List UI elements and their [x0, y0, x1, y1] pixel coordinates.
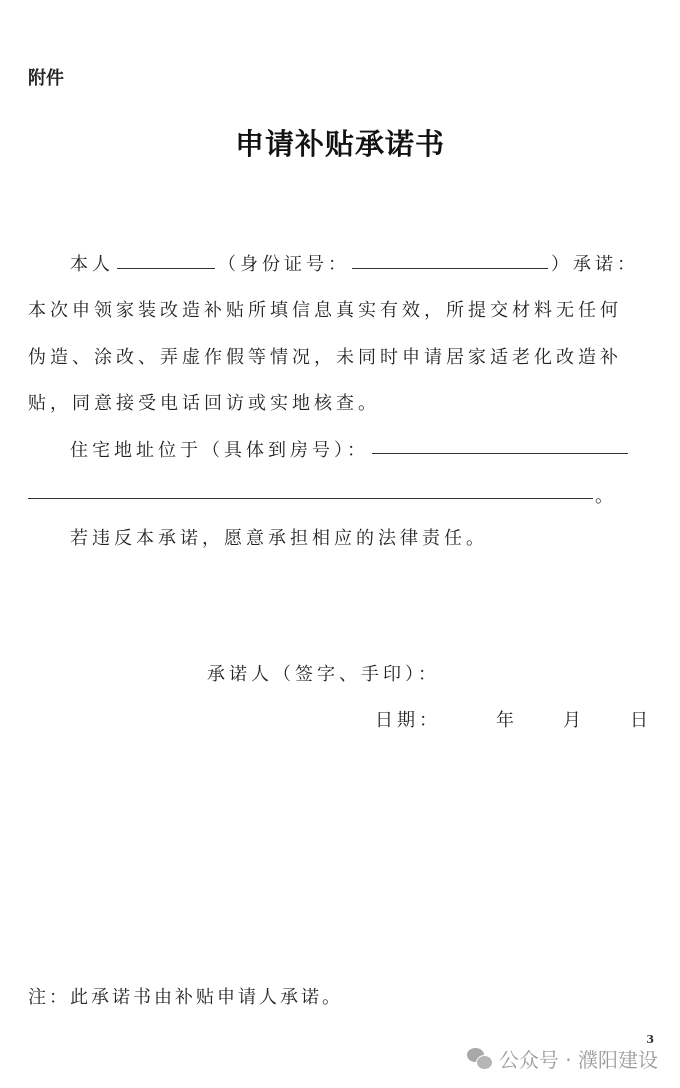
watermark: 公众号 · 濮阳建设: [467, 1044, 658, 1073]
pledge-suffix: ）承诺：: [551, 250, 639, 276]
address-label: 住宅地址位于（具体到房号）：: [70, 436, 369, 462]
wechat-icon: [467, 1048, 493, 1070]
address-blank-field-2[interactable]: [28, 498, 593, 499]
address-blank-field-1[interactable]: [372, 453, 628, 454]
date-month-label: 月: [563, 706, 585, 732]
paragraph-line: 本次申领家装改造补贴所填信息真实有效，所提交材料无任何: [28, 296, 622, 322]
signature-label: 承诺人（签字、手印）：: [207, 660, 440, 686]
date-year-label: 年: [496, 706, 518, 732]
liability-statement: 若违反本承诺，愿意承担相应的法律责任。: [70, 524, 488, 550]
id-number-blank-field[interactable]: [352, 268, 548, 269]
paragraph-line: 伪造、涂改、弄虚作假等情况，未同时申请居家适老化改造补: [28, 343, 622, 369]
attachment-label: 附件: [28, 64, 64, 90]
date-day-label: 日: [630, 706, 652, 732]
date-label: 日期：: [375, 706, 441, 732]
address-end-mark: 。: [595, 482, 617, 508]
id-number-label: （身份证号：: [218, 250, 350, 276]
footnote: 注：此承诺书由补贴申请人承诺。: [28, 983, 343, 1009]
document-title: 申请补贴承诺书: [0, 122, 680, 163]
name-blank-field[interactable]: [117, 268, 215, 269]
pledger-prefix: 本人: [70, 250, 114, 276]
paragraph-line: 贴，同意接受电话回访或实地核查。: [28, 389, 380, 415]
watermark-text: 公众号 · 濮阳建设: [499, 1044, 658, 1073]
